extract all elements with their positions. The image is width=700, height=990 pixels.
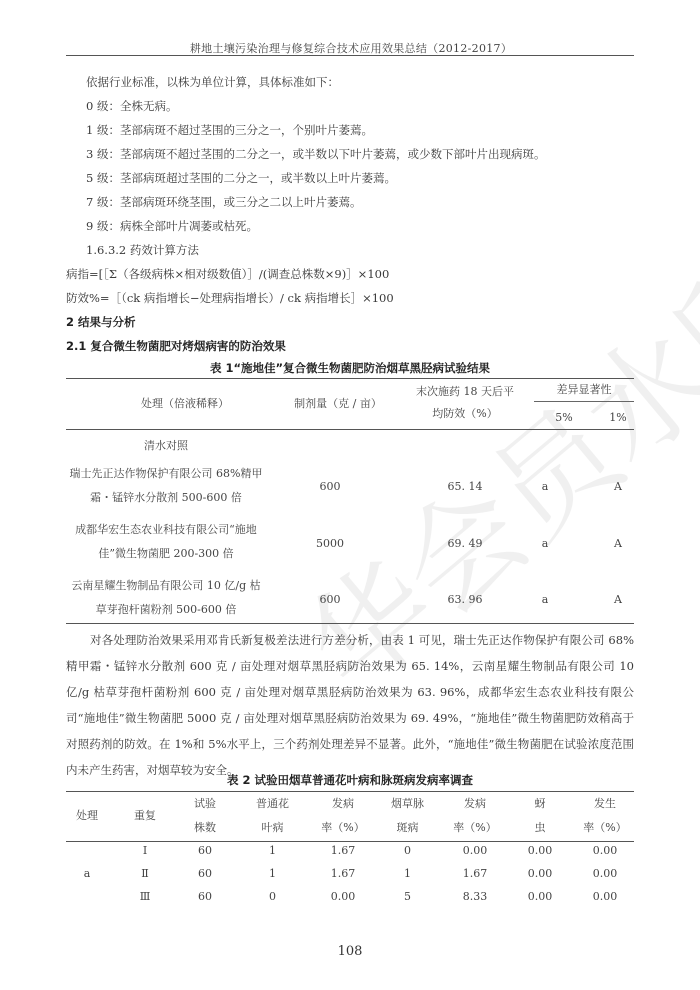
running-title: 耕地土壤污染治理与修复综合技术应用效果总结（2012-2017） [68,40,634,56]
table1-row-sig1: A [603,592,633,608]
table2-cell: 1 [245,866,300,882]
table2-cell: 0.00 [440,843,510,859]
table1-header-sig5: 5% [544,410,584,426]
table1-row-effect: 63. 96 [430,592,500,608]
table1-row-sig5: a [530,592,560,608]
table1-row-effect: 69. 49 [430,536,500,552]
grade-level: 5 级：茎部病斑超过茎围的二分之一，或半数以上叶片萎蔫。 [86,170,396,186]
table2-header: 发生 [570,796,640,812]
table2-header-rule [66,841,634,842]
table2-cell: 5 [380,889,435,905]
table2-cell: 1 [245,843,300,859]
table1-header-rule [66,429,634,430]
table2-header: 叶病 [245,820,300,836]
table2-header: 斑病 [380,820,435,836]
grade-level: 3 级：茎部病斑不超过茎围的二分之一，或半数以下叶片萎蔫，或少数下部叶片出现病斑… [86,146,545,162]
table1-row-effect: 65. 14 [430,479,500,495]
table1-row-sig1: A [603,479,633,495]
table2-header: 发病 [440,796,510,812]
table2-header: 普通花 [245,796,300,812]
table2-header: 烟草脉 [380,796,435,812]
table2-cell: 1 [380,866,435,882]
table1-row-treatment-2: 草芽孢杆菌粉剂 500-600 倍 [66,602,266,618]
table2-header: 率（%） [570,820,640,836]
table1-header-effect-2: 均防效（%） [400,406,530,422]
grade-level: 7 级：茎部病斑环绕茎围，或三分之二以上叶片萎蔫。 [86,194,361,210]
header-rule [66,55,634,56]
table2-cell: Ⅲ [122,889,168,905]
formula-disease-index: 病指=[［Σ（各级病株×相对级数值）］/(调查总株数×9)］×100 [66,266,389,282]
table2-header: 蚜 [520,796,560,812]
table2-cell: 0.00 [515,843,565,859]
table2-caption: 表 2 试验田烟草普通花叶病和脉斑病发病率调查 [66,772,634,788]
table1-row-treatment: 云南星耀生物制品有限公司 10 亿/g 枯 [66,578,266,594]
formula-control-effect: 防效%=［（ck 病指增长−处理病指增长）/ ck 病指增长］×100 [66,290,394,306]
table1-top-rule [66,378,634,379]
table2-header: 株数 [180,820,230,836]
table1-header-sig1: 1% [598,410,638,426]
table2-header: 率（%） [440,820,510,836]
table1-row-treatment-2: 佳”微生物菌肥 200-300 倍 [66,546,266,562]
table2-header: 试验 [180,796,230,812]
table2-cell: 0 [380,843,435,859]
table2-cell: 1.67 [308,866,378,882]
table1-header-significance: 差异显著性 [534,382,634,398]
table2-cell: 0 [245,889,300,905]
table2-cell: Ⅱ [122,866,168,882]
grade-level: 0 级：全株无病。 [86,98,177,114]
table1-header-dosage: 制剂量（克 / 亩） [278,396,398,412]
table1-row-dosage: 600 [300,592,360,608]
table2-cell: 0.00 [570,843,640,859]
table2-header: 率（%） [308,820,378,836]
table1-row-treatment: 瑞士先正达作物保护有限公司 68%精甲 [66,466,266,482]
page-number: 108 [0,944,700,959]
table2-cell: 8.33 [440,889,510,905]
table2-cell: Ⅰ [122,843,168,859]
table1-row-dosage: 600 [300,479,360,495]
table1-row-sig5: a [530,479,560,495]
table1-row-dosage: 5000 [300,536,360,552]
table1-header-treatment: 处理（倍液稀释） [100,396,270,412]
table1-row-treatment-2: 霜・锰锌水分散剂 500-600 倍 [66,490,266,506]
table2-cell: 1.67 [308,843,378,859]
table2-header: 发病 [308,796,378,812]
table2-cell: 0.00 [308,889,378,905]
method-heading: 1.6.3.2 药效计算方法 [86,242,199,258]
table2-cell: 1.67 [440,866,510,882]
table1-bottom-rule [66,623,634,624]
grade-level: 9 级：病株全部叶片凋萎或枯死。 [86,218,258,234]
table2-cell: 60 [180,866,230,882]
subsection-heading: 2.1 复合微生物菌肥对烤烟病害的防治效果 [66,338,286,354]
section-heading: 2 结果与分析 [66,314,136,330]
grade-level: 1 级：茎部病斑不超过茎围的三分之一，个别叶片萎蔫。 [86,122,373,138]
table1-header-effect: 末次施药 18 天后平 [400,384,530,400]
table1-row-treatment: 清水对照 [66,438,266,454]
table1-row-sig5: a [530,536,560,552]
analysis-paragraph: 对各处理防治效果采用邓肯氏新复极差法进行方差分析，由表 1 可见，瑞士先正达作物… [66,627,634,783]
table2-cell: 0.00 [515,889,565,905]
table2-cell: 60 [180,843,230,859]
table1-row-treatment: 成都华宏生态农业科技有限公司“施地 [66,522,266,538]
table2-top-rule [66,791,634,792]
table2-header: 处理 [66,808,108,824]
table2-header: 虫 [520,820,560,836]
table1-row-sig1: A [603,536,633,552]
grading-intro: 依据行业标准，以株为单位计算，具体标准如下： [86,74,339,90]
table2-cell: 60 [180,889,230,905]
significance-rule [534,401,634,402]
table2-group-label: a [66,866,108,882]
table2-cell: 0.00 [515,866,565,882]
table2-cell: 0.00 [570,889,640,905]
table1-caption: 表 1“施地佳”复合微生物菌肥防治烟草黑胫病试验结果 [66,360,634,376]
table2-header: 重复 [122,808,168,824]
table2-cell: 0.00 [570,866,640,882]
